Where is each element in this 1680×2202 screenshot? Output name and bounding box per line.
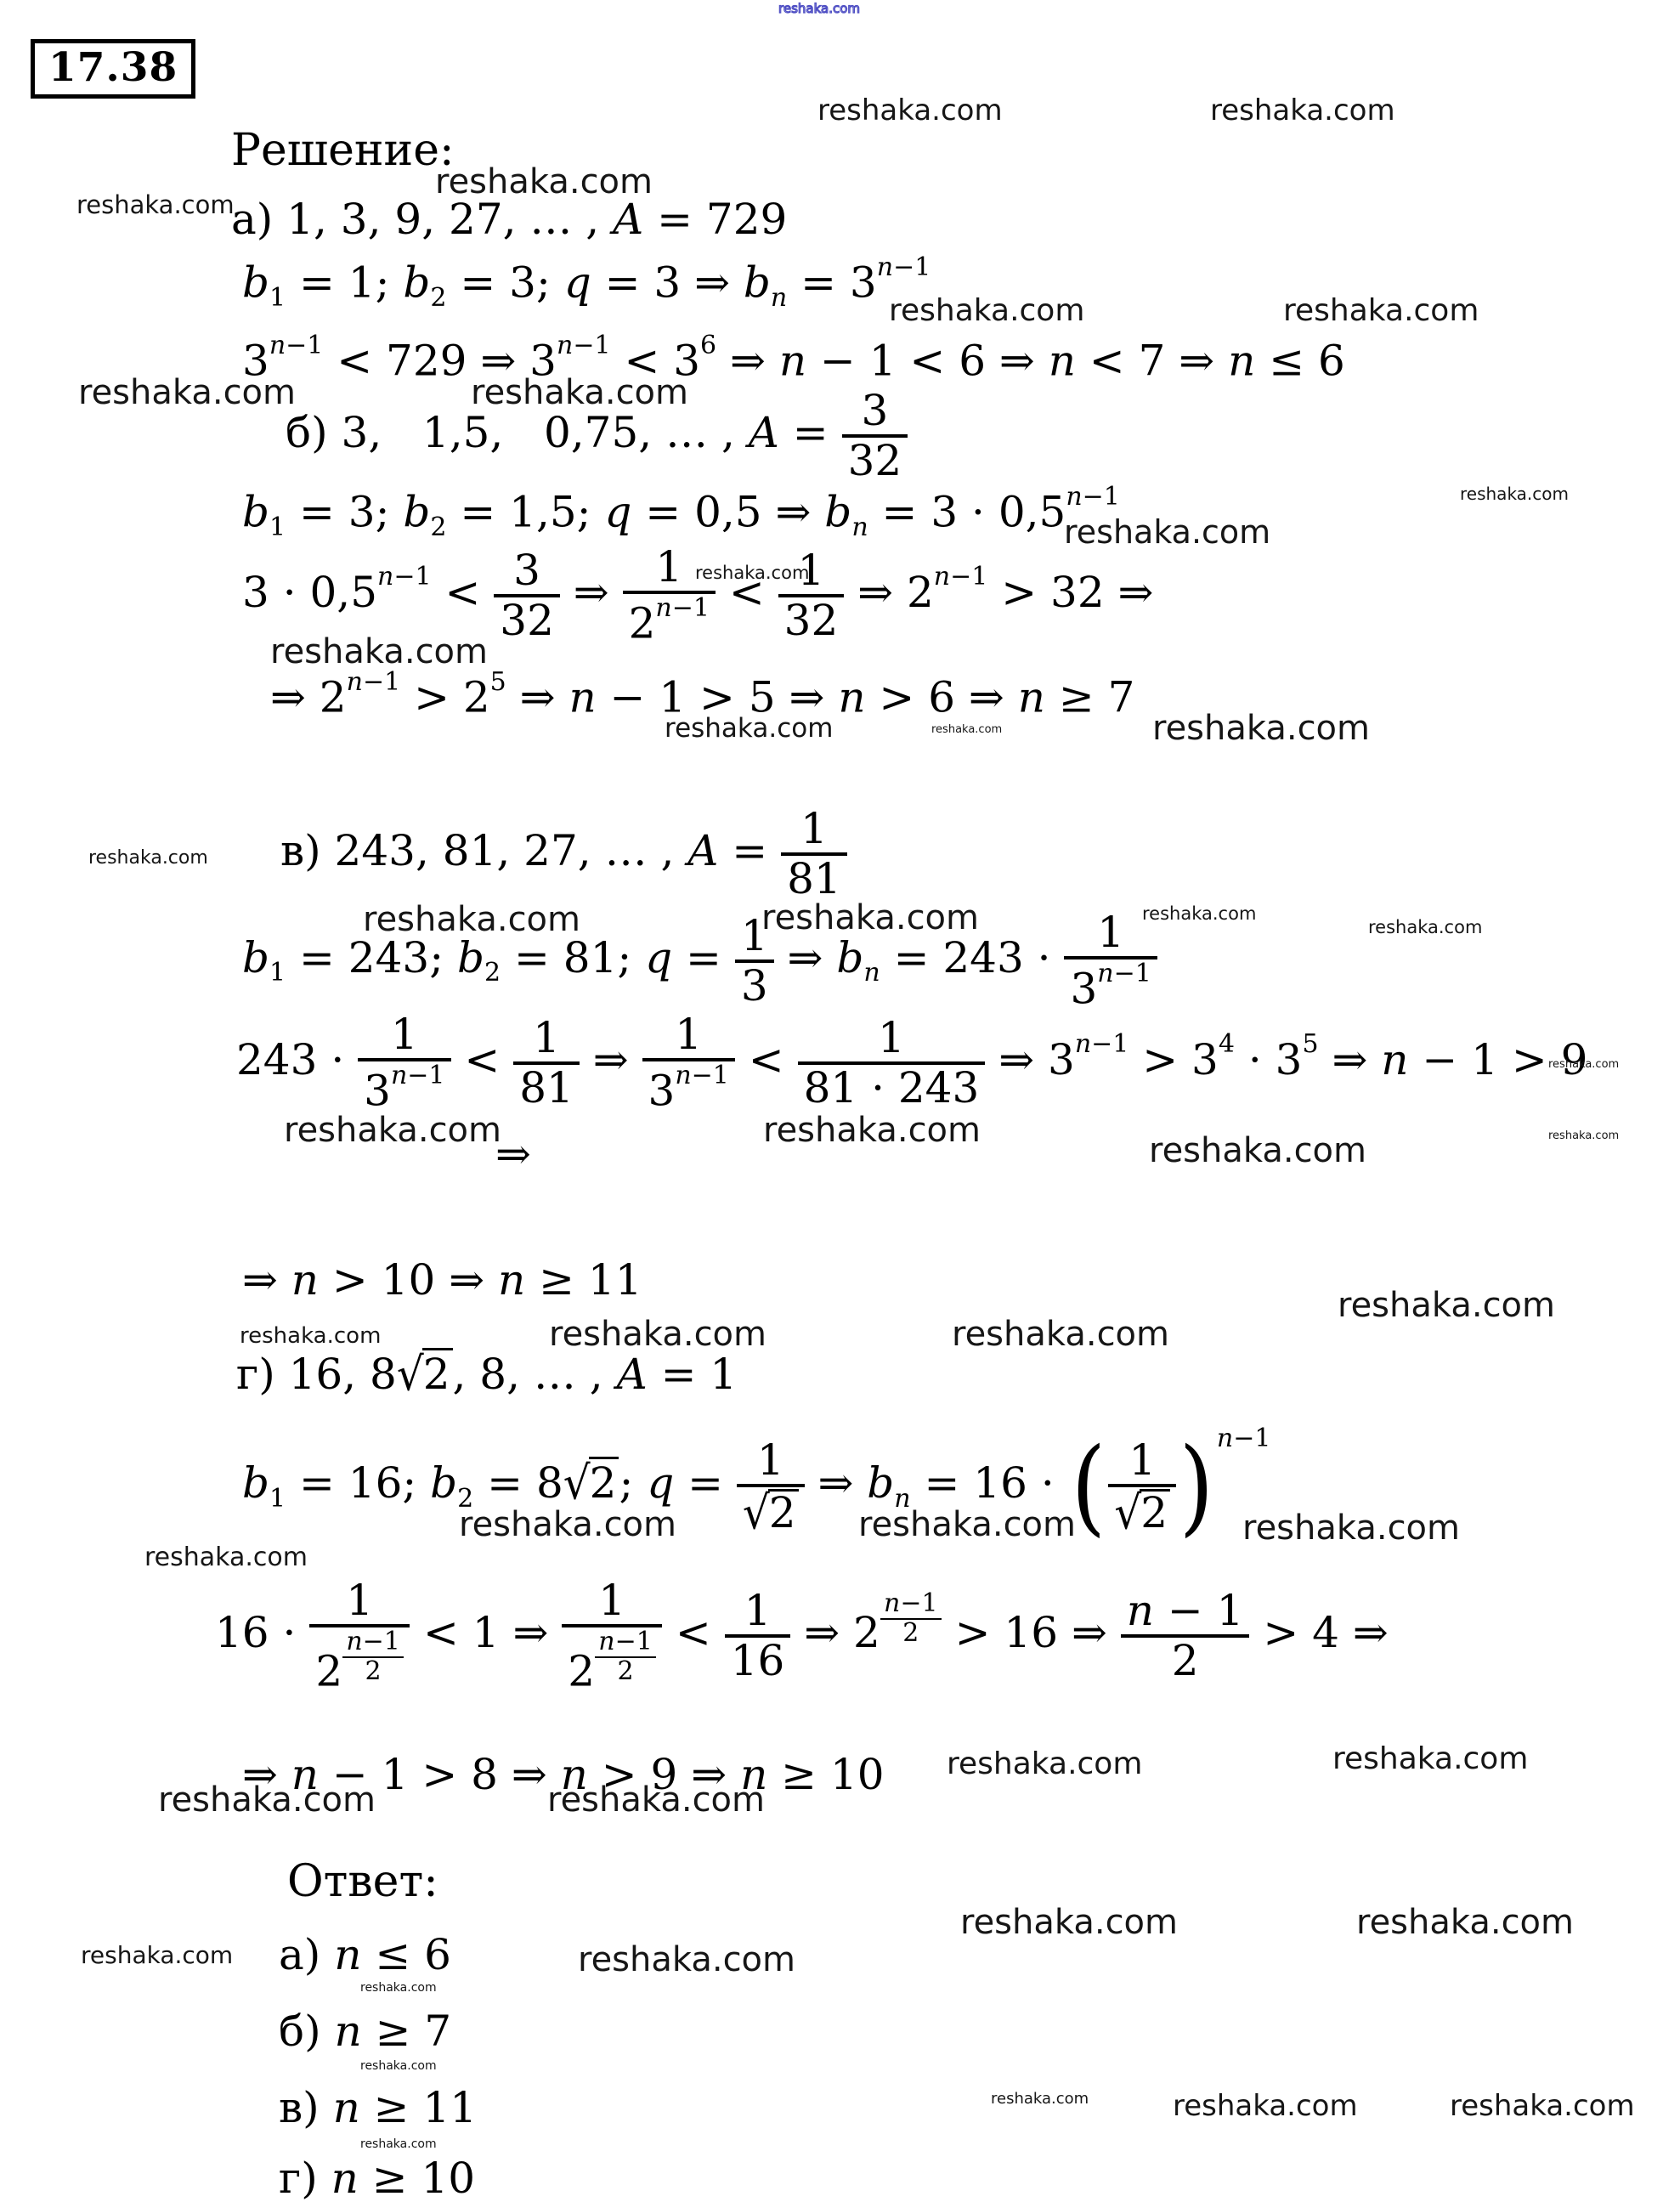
- watermark: reshaka.com: [763, 1112, 981, 1149]
- line-part-a-inequality: 3n−1 < 729 ⇒ 3n−1 < 36 ⇒ n − 1 < 6 ⇒ n <…: [242, 333, 1345, 385]
- watermark: reshaka.com: [1283, 294, 1479, 328]
- watermark: reshaka.com: [695, 563, 809, 583]
- problem-number: 17.38: [48, 44, 178, 91]
- watermark: reshaka.com: [1242, 1509, 1460, 1547]
- line-answer-heading: Ответ:: [287, 1857, 438, 1906]
- watermark: reshaka.com: [952, 1316, 1169, 1353]
- watermark: reshaka.com: [360, 1982, 437, 1995]
- problem-number-box: 17.38: [31, 39, 195, 99]
- watermark: reshaka.com: [1460, 484, 1569, 503]
- watermark: reshaka.com: [578, 1941, 795, 1978]
- watermark: reshaka.com: [1450, 2091, 1635, 2122]
- line-part-b-inequality: 3 · 0,5n−1 < 332 ⇒ 12n−1 < 132 ⇒ 2n−1 > …: [242, 546, 1153, 646]
- watermark: reshaka.com: [1152, 710, 1370, 747]
- watermark: reshaka.com: [459, 1506, 676, 1543]
- watermark: reshaka.com: [435, 163, 653, 201]
- watermark: reshaka.com: [363, 901, 580, 938]
- watermark: reshaka.com: [360, 2138, 437, 2151]
- line-answer-a: а) n ≤ 6: [279, 1931, 451, 1978]
- watermark: reshaka.com: [817, 95, 1003, 127]
- line-part-g-inequality: 16 · 12n−12 < 1 ⇒ 12n−12 < 116 ⇒ 2n−12 >…: [215, 1579, 1389, 1693]
- watermark: reshaka.com: [1332, 1742, 1528, 1776]
- watermark: reshaka.com: [858, 1506, 1076, 1543]
- watermark: reshaka.com: [1548, 1059, 1619, 1071]
- line-answer-b: б) n ≥ 7: [279, 2007, 451, 2055]
- line-part-v-inequality: 243 · 13n−1 < 181 ⇒ 13n−1 < 181 · 243 ⇒ …: [236, 1013, 1587, 1113]
- watermark: reshaka.com: [1356, 1904, 1574, 1941]
- watermark: reshaka.com: [78, 374, 296, 411]
- watermark: reshaka.com: [1149, 1132, 1366, 1169]
- watermark: reshaka.com: [81, 1943, 233, 1969]
- line-part-b-terms: b1 = 3; b2 = 1,5; q = 0,5 ⇒ bn = 3 · 0,5…: [242, 484, 1120, 541]
- line-part-a-header: а) 1, 3, 9, 27, … , A = 729: [231, 195, 787, 243]
- watermark: reshaka.com: [144, 1543, 308, 1571]
- watermark: reshaka.com: [270, 633, 488, 671]
- watermark: reshaka.com: [778, 2, 860, 16]
- line-part-v-header: в) 243, 81, 27, … , A = 181: [280, 807, 847, 901]
- watermark: reshaka.com: [547, 1781, 765, 1819]
- line-part-g-terms: b1 = 16; b2 = 8√2; q = 1√2 ⇒ bn = 16 · (…: [242, 1426, 1270, 1535]
- watermark: reshaka.com: [284, 1112, 501, 1149]
- watermark: reshaka.com: [240, 1324, 381, 1349]
- watermark: reshaka.com: [889, 294, 1084, 328]
- watermark: reshaka.com: [360, 2060, 437, 2073]
- watermark: reshaka.com: [76, 192, 235, 219]
- solution-page: 17.38 Решение:а) 1, 3, 9, 27, … , A = 72…: [0, 0, 1680, 2202]
- watermark: reshaka.com: [1548, 1130, 1619, 1142]
- watermark: reshaka.com: [991, 2091, 1089, 2108]
- line-answer-g: г) n ≥ 10: [279, 2154, 475, 2202]
- line-answer-v: в) n ≥ 11: [279, 2084, 477, 2131]
- watermark: reshaka.com: [88, 848, 208, 869]
- watermark: reshaka.com: [960, 1904, 1178, 1941]
- line-part-v-conclusion: ⇒ n > 10 ⇒ n ≥ 11: [242, 1256, 642, 1304]
- watermark: reshaka.com: [931, 724, 1002, 736]
- watermark: reshaka.com: [1338, 1287, 1555, 1324]
- watermark: reshaka.com: [1173, 2091, 1358, 2122]
- watermark: reshaka.com: [1368, 918, 1482, 937]
- watermark: reshaka.com: [1142, 904, 1256, 924]
- line-solution-heading: Решение:: [231, 126, 455, 175]
- line-part-g-header: г) 16, 8√2, 8, … , A = 1: [236, 1348, 737, 1398]
- watermark: reshaka.com: [1210, 95, 1395, 127]
- line-part-a-terms: b1 = 1; b2 = 3; q = 3 ⇒ bn = 3n−1: [242, 255, 931, 311]
- watermark: reshaka.com: [1064, 515, 1270, 551]
- watermark: reshaka.com: [549, 1316, 766, 1353]
- watermark: reshaka.com: [158, 1781, 376, 1819]
- watermark: reshaka.com: [471, 374, 688, 411]
- watermark: reshaka.com: [665, 714, 833, 743]
- watermark: reshaka.com: [761, 899, 979, 937]
- watermark: reshaka.com: [947, 1747, 1142, 1781]
